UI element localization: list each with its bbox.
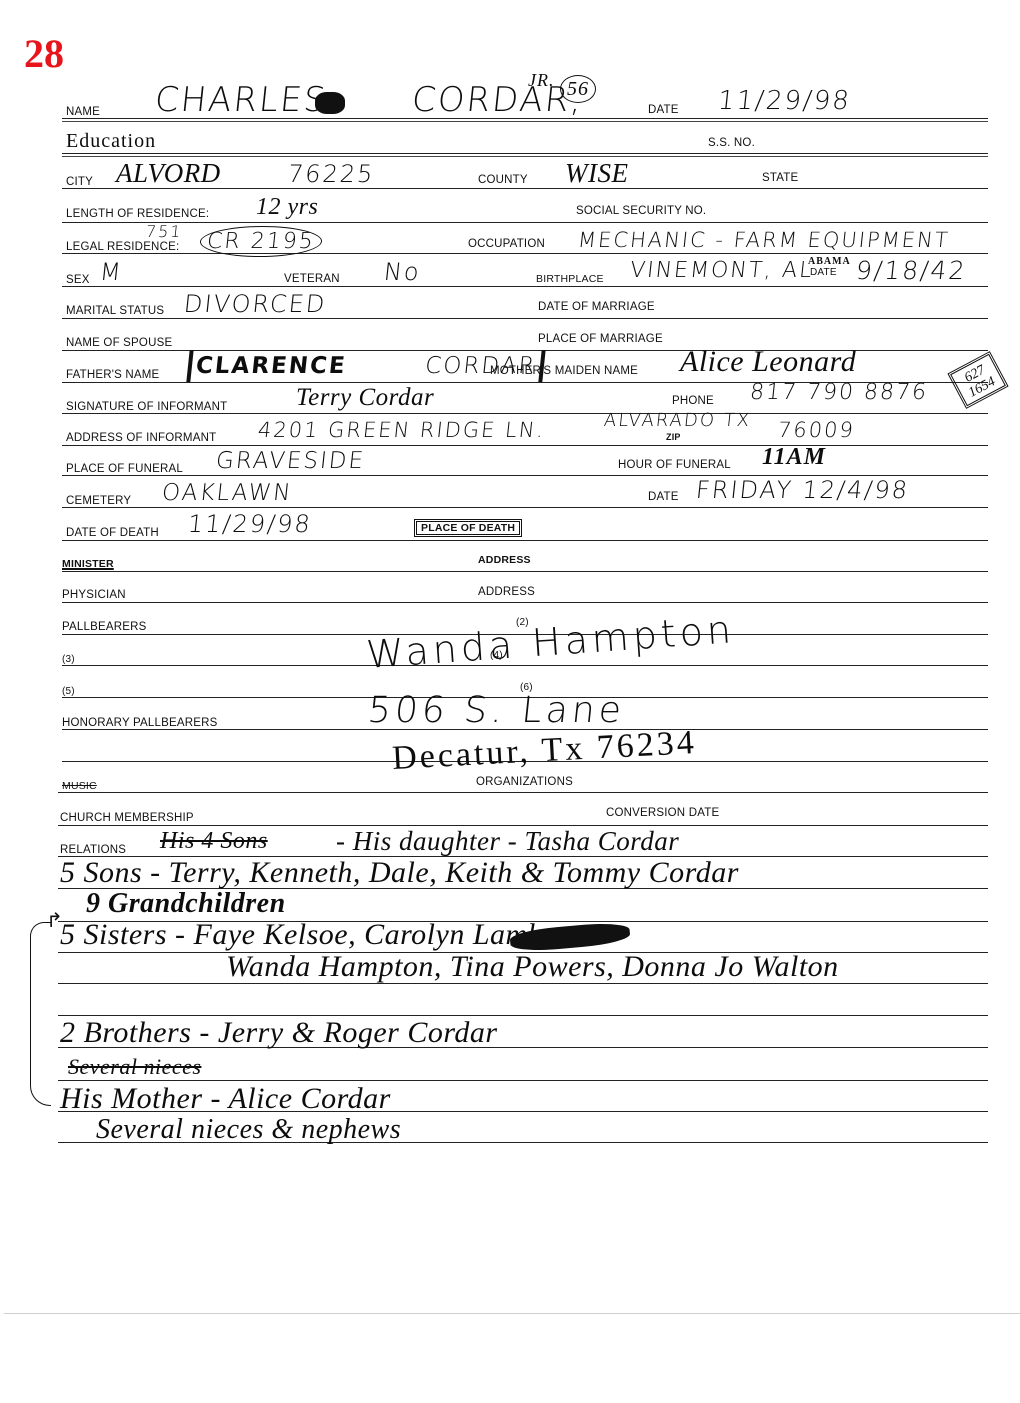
relations-line: - His daughter - Tasha Cordar [336,826,679,857]
value-education: Education [66,130,156,153]
relations-line: Wanda Hampton, Tina Powers, Donna Jo Wal… [226,950,839,984]
rule-cemetery [62,507,988,508]
value-informant-zip: 76009 [777,418,856,442]
label-occupation: OCCUPATION [468,238,545,250]
label-city: CITY [66,176,93,188]
label-music: MUSIC [62,780,97,792]
label-physician-address: ADDRESS [478,586,535,598]
scribbled-middle-initial [315,92,345,114]
label-date-of-death: DATE OF DEATH [66,527,159,539]
label-mothers-maiden-name: MOTHER'S MAIDEN NAME [490,365,638,377]
label-minister: MINISTER [62,558,114,570]
rule-relations-8 [58,1080,988,1081]
label-date-of-marriage: DATE OF MARRIAGE [538,301,655,313]
label-legal-residence: LEGAL RESIDENCE: [66,241,179,253]
label-fathers-name: FATHER'S NAME [66,369,159,381]
relations-bracket [30,922,51,1106]
relations-line: 9 Grandchildren [86,888,286,920]
value-mothers-maiden-name: Alice Leonard [680,345,856,379]
rule-signature [62,413,988,414]
label-name-of-spouse: NAME OF SPOUSE [66,337,172,349]
value-length-of-residence: 12 yrs [256,194,318,221]
value-legal-residence-number: 751 [145,222,184,241]
value-pallbearer-note-street: 506 S. Lane [366,690,627,731]
value-pallbearer-note-name: Wanda Hampton [365,607,736,677]
value-informant-city: ALVARADO TX [603,410,752,431]
value-cemetery: OAKLAWN [161,480,294,506]
value-county: WISE [565,158,628,189]
value-birthplace-state-note: ABAMA [808,256,851,267]
label-pallbearer-3: (3) [62,654,75,665]
label-minister-address: ADDRESS [478,554,531,566]
label-birth-date: DATE [810,267,837,278]
value-hour-of-funeral: 11AM [762,444,826,471]
value-occupation: MECHANIC - FARM EQUIPMENT [577,228,951,252]
label-organizations: ORGANIZATIONS [476,776,573,788]
label-conversion-date: CONVERSION DATE [606,807,719,819]
value-marital-status: DIVORCED [183,290,328,318]
value-legal-residence: CR 2195 [199,229,323,254]
value-veteran: No [383,258,423,286]
label-funeral-date: DATE [648,491,679,503]
rule-informant-address [62,445,988,446]
relations-line: His Mother - Alice Cordar [60,1082,391,1116]
value-zip: 76225 [287,160,376,188]
relations-struck-prefix: His 4 Sons [160,828,268,855]
label-sex: SEX [66,274,90,286]
rule-education [62,153,988,154]
label-county: COUNTY [478,174,528,186]
value-phone-alt: 627 1654 [947,351,1008,409]
label-zip: ZIP [666,432,681,442]
label-marital-status: MARITAL STATUS [66,305,164,317]
value-fathers-name-first: CLARENCE [195,353,348,379]
label-church-membership: CHURCH MEMBERSHIP [60,812,194,824]
label-honorary-pallbearers: HONORARY PALLBEARERS [62,717,217,729]
value-date-of-death: 11/29/98 [187,510,314,538]
relations-line: Several nieces & nephews [96,1114,401,1146]
label-place-of-marriage: PLACE OF MARRIAGE [538,333,663,345]
value-funeral-date: FRIDAY 12/4/98 [695,476,911,504]
label-signature-of-informant: SIGNATURE OF INFORMANT [66,401,227,413]
label-date: DATE [648,104,679,116]
label-social-security-no: SOCIAL SECURITY NO. [576,205,706,217]
rule-death [62,540,988,541]
sheet-edge [4,1313,1020,1314]
label-name: NAME [66,106,100,118]
label-place-of-funeral: PLACE OF FUNERAL [66,463,183,475]
label-state: STATE [762,172,798,184]
value-phone: 817 790 8876 [749,380,930,405]
label-pallbearer-5: (5) [62,686,75,697]
label-cemetery: CEMETERY [66,495,131,507]
relations-line: 5 Sons - Terry, Kenneth, Dale, Keith & T… [60,856,739,890]
relations-line: 2 Brothers - Jerry & Roger Cordar [60,1016,498,1050]
label-relations: RELATIONS [60,844,126,856]
rule-sex [62,286,988,287]
rule-physician [62,602,988,603]
value-birthplace: VINEMONT, AL [629,258,815,283]
value-informant-address: 4201 GREEN RIDGE LN. [257,418,547,442]
label-address-of-informant: ADDRESS OF INFORMANT [66,432,216,444]
page-number: 28 [24,30,64,77]
label-hour-of-funeral: HOUR OF FUNERAL [618,459,731,471]
label-birthplace: BIRTHPLACE [536,273,604,285]
label-length-of-residence: LENGTH OF RESIDENCE: [66,208,209,220]
value-city: ALVORD [116,158,221,189]
label-phone: PHONE [672,395,714,407]
label-pallbearers: PALLBEARERS [62,621,146,633]
rule-residence [62,222,988,223]
value-suffix: JR. [528,70,554,91]
value-pallbearer-note-city: Decatur, Tx 76234 [391,724,697,778]
rule-minister [62,571,988,572]
label-ss-no: S.S. NO. [708,137,755,149]
relations-line: 5 Sisters - Faye Kelsoe, Carolyn Lambert [60,918,578,952]
value-sex: M [99,258,125,286]
rule-marital [62,318,988,319]
value-date: 11/29/98 [716,86,852,116]
rule-music [58,792,988,793]
value-place-of-funeral: GRAVESIDE [215,448,367,474]
value-informant-signature: Terry Cordar [296,384,434,412]
label-physician: PHYSICIAN [62,589,126,601]
relations-line-struck: Several nieces [68,1054,201,1080]
label-veteran: VETERAN [284,273,340,285]
value-birth-date: 9/18/42 [854,256,967,285]
value-age: 56 [560,78,596,101]
value-first-name: CHARLES [153,80,329,120]
label-place-of-death: PLACE OF DEATH [414,519,522,537]
